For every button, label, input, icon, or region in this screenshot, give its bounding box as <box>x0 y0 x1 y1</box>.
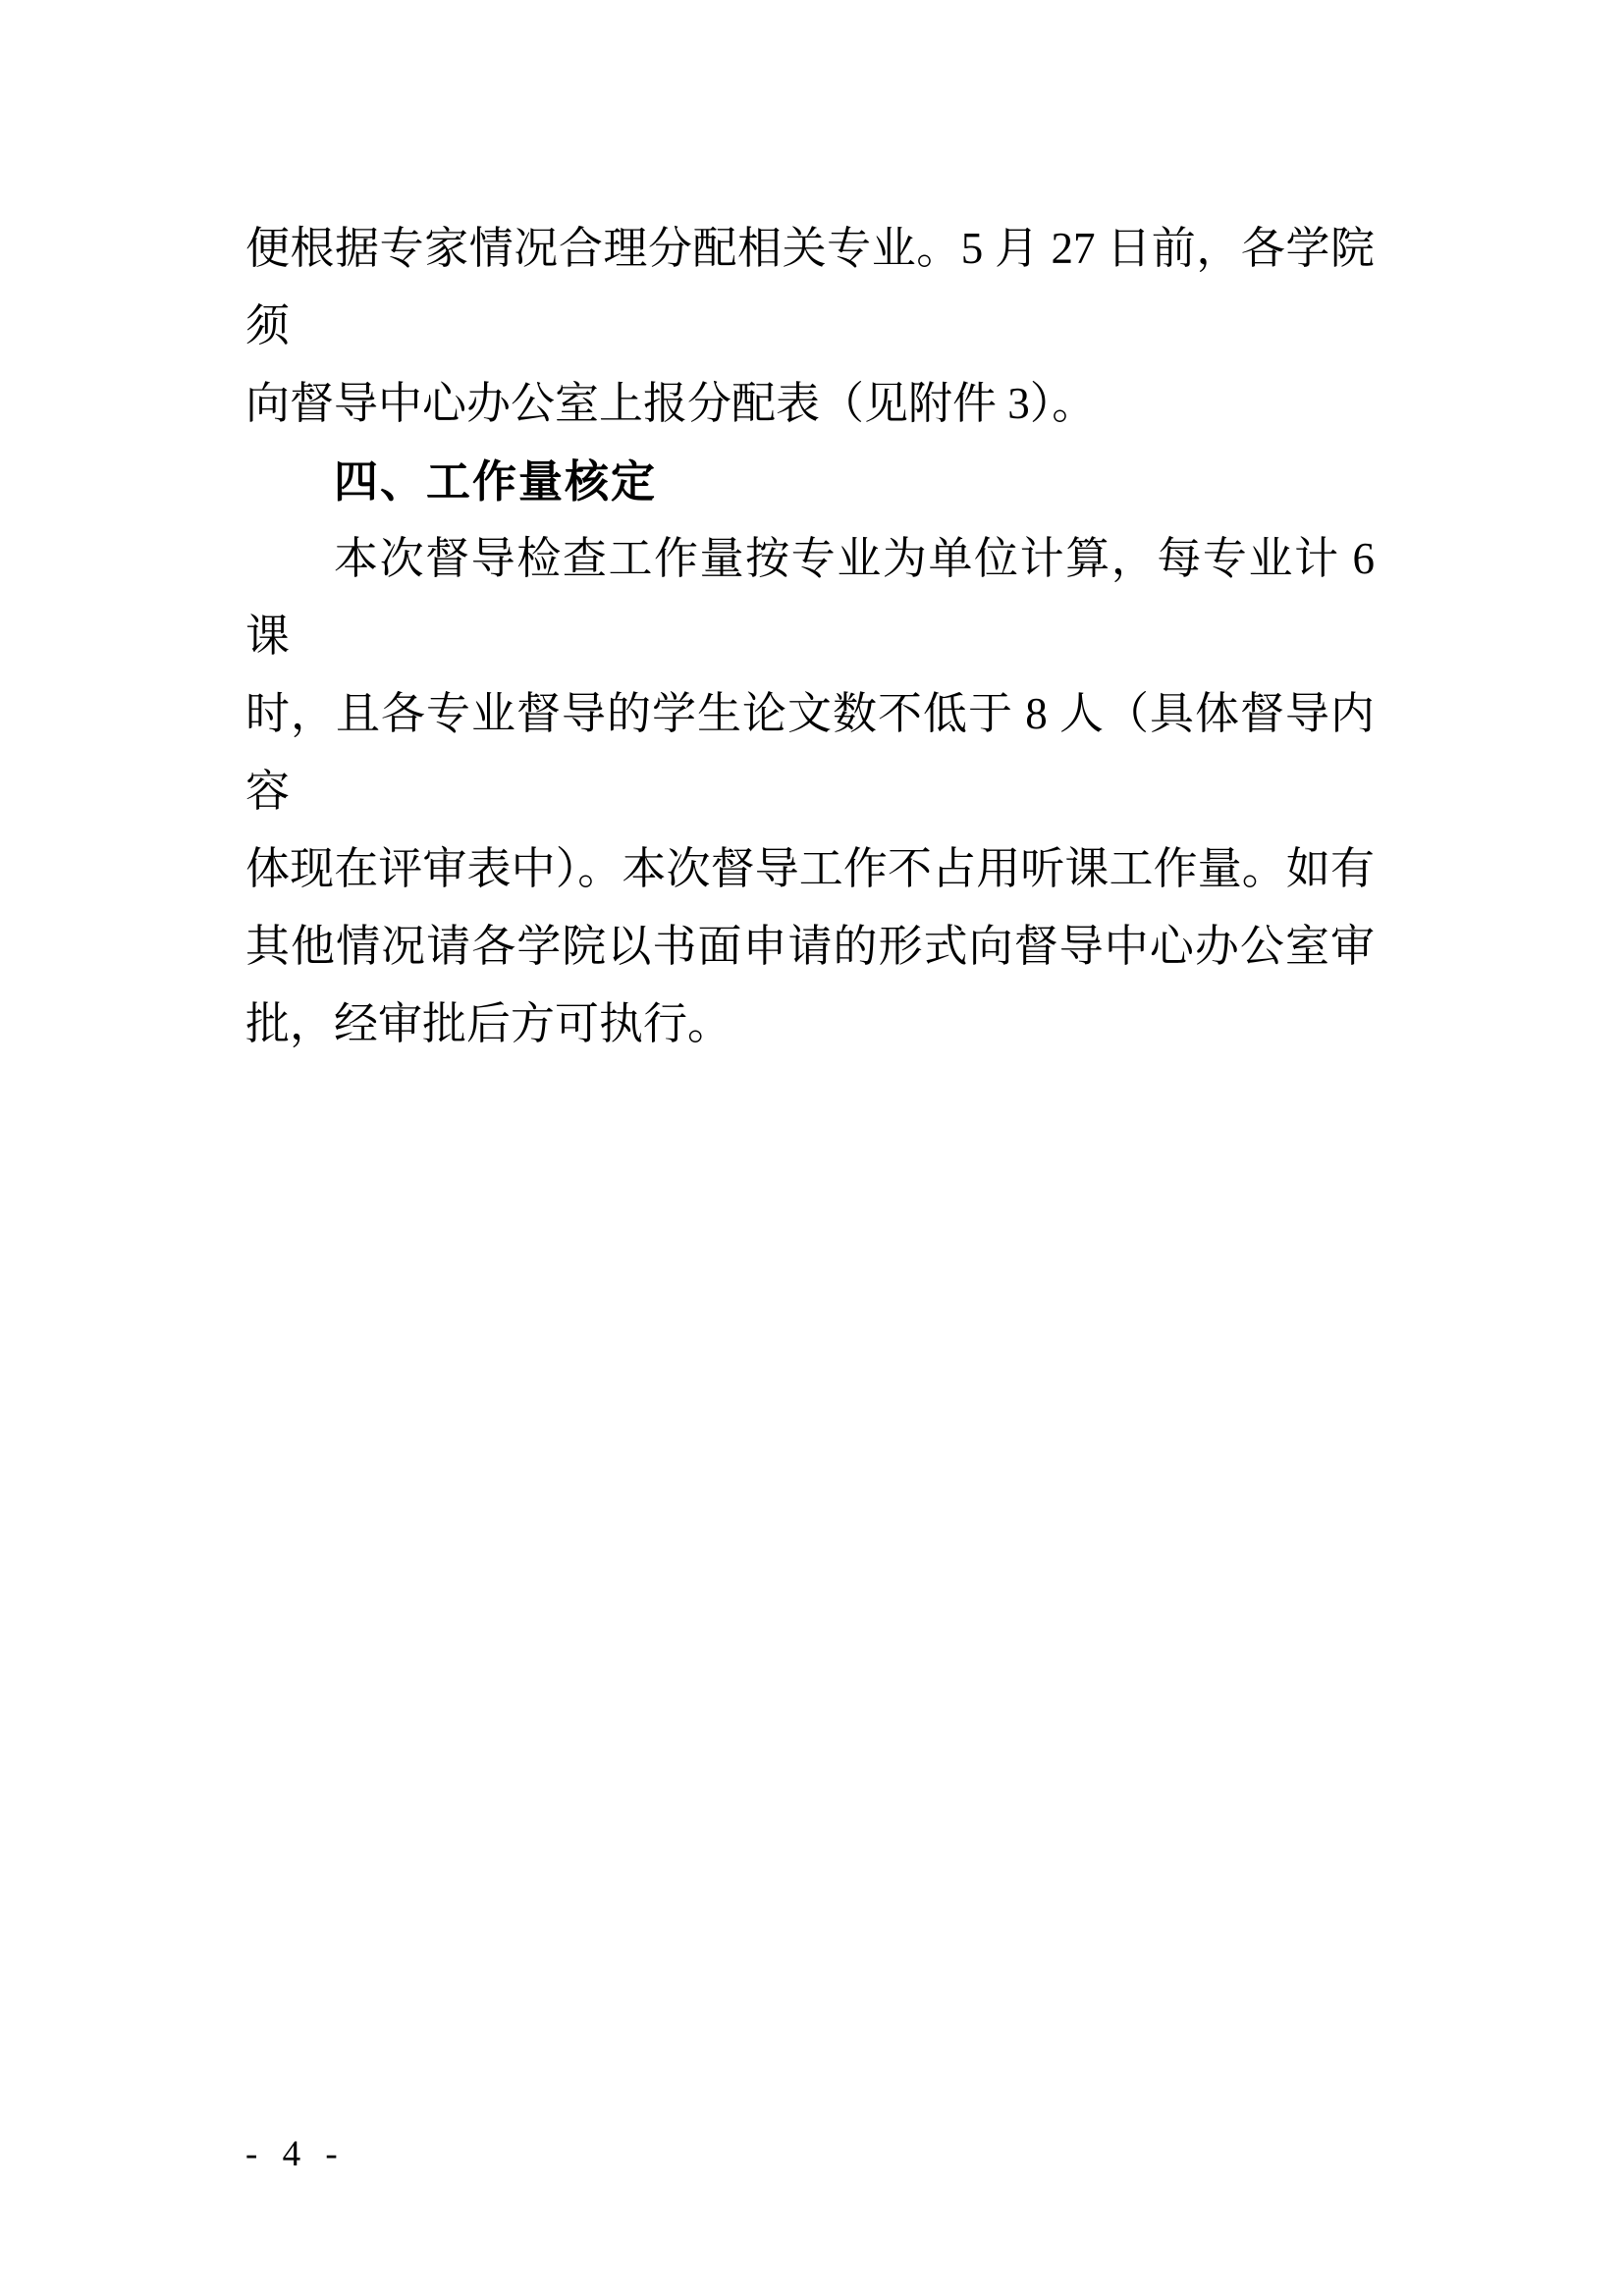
body-line-6: 其他情况请各学院以书面申请的形式向督导中心办公室审 <box>245 908 1375 986</box>
document-body: 便根据专家情况合理分配相关专业。5 月 27 日前，各学院须 向督导中心办公室上… <box>245 210 1375 1063</box>
body-line-7: 批，经审批后方可执行。 <box>245 986 1375 1063</box>
page-number: - 4 - <box>245 2136 346 2172</box>
body-line-4: 时，且各专业督导的学生论文数不低于 8 人（具体督导内容 <box>245 675 1375 830</box>
section-heading: 四、工作量核定 <box>245 443 1375 520</box>
body-line-3: 本次督导检查工作量按专业为单位计算，每专业计 6 课 <box>245 520 1375 675</box>
body-line-2: 向督导中心办公室上报分配表（见附件 3）。 <box>245 365 1375 443</box>
body-line-5: 体现在评审表中）。本次督导工作不占用听课工作量。如有 <box>245 830 1375 908</box>
document-page: 便根据专家情况合理分配相关专业。5 月 27 日前，各学院须 向督导中心办公室上… <box>0 0 1624 2296</box>
body-line-1: 便根据专家情况合理分配相关专业。5 月 27 日前，各学院须 <box>245 210 1375 365</box>
